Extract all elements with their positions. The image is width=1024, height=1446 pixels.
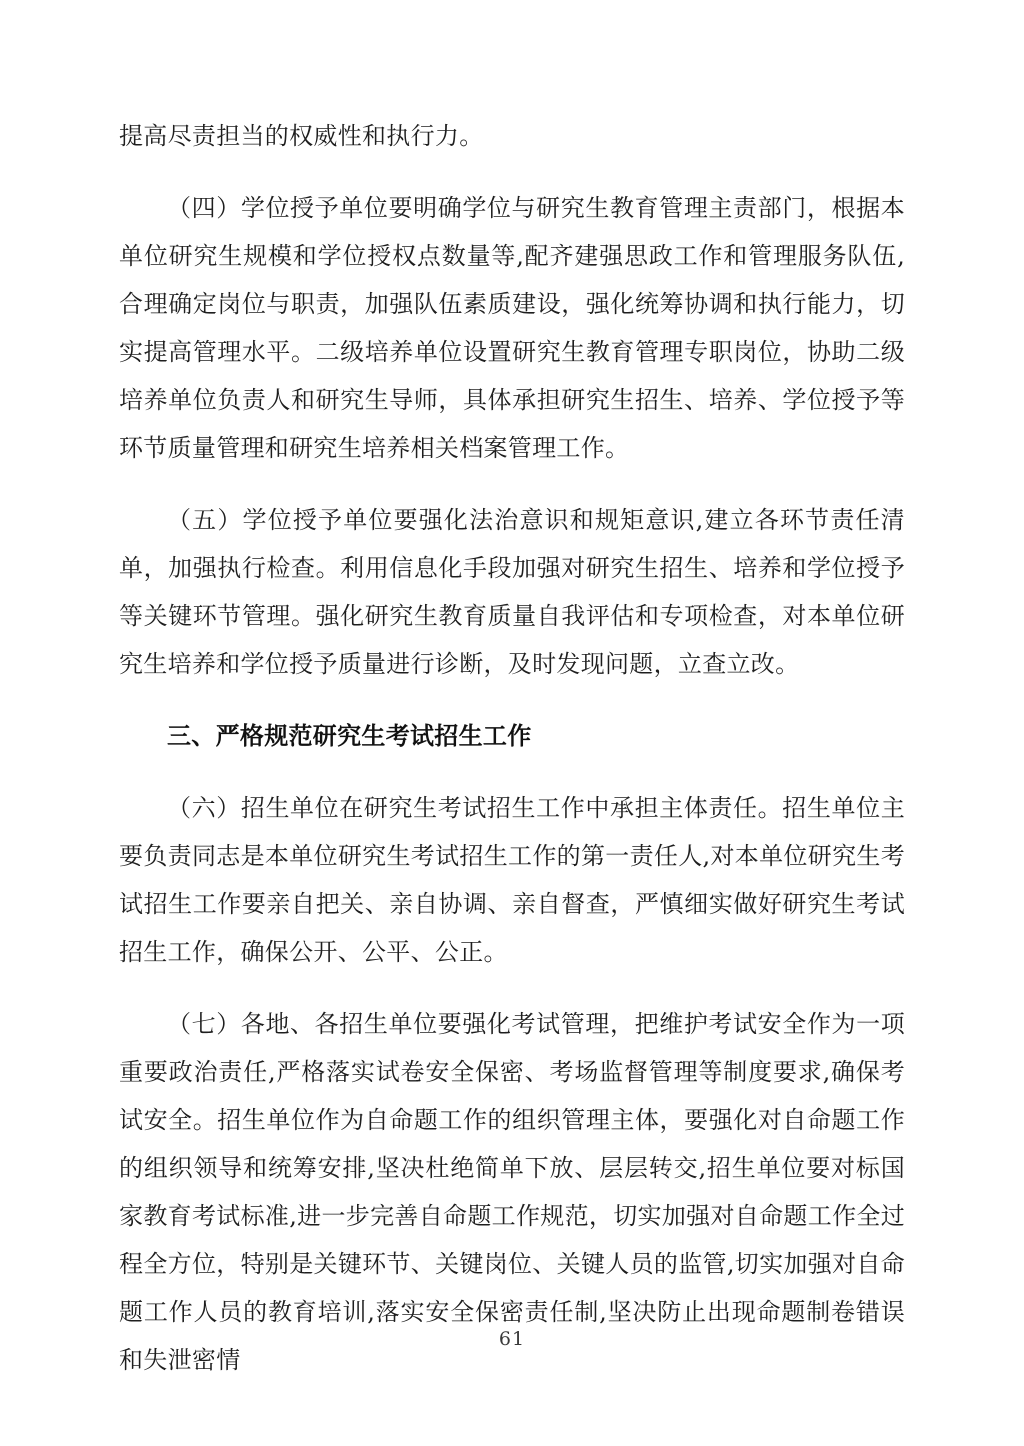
paragraph-continuation: 提高尽责担当的权威性和执行力。 bbox=[119, 112, 905, 160]
paragraph-item-six: （六）招生单位在研究生考试招生工作中承担主体责任。招生单位主要负责同志是本单位研… bbox=[119, 784, 905, 976]
document-page: 提高尽责担当的权威性和执行力。 （四）学位授予单位要明确学位与研究生教育管理主责… bbox=[0, 0, 1024, 1446]
page-content: 提高尽责担当的权威性和执行力。 （四）学位授予单位要明确学位与研究生教育管理主责… bbox=[119, 112, 905, 1408]
paragraph-item-seven: （七）各地、各招生单位要强化考试管理，把维护考试安全作为一项重要政治责任,严格落… bbox=[119, 1000, 905, 1384]
section-heading-three: 三、严格规范研究生考试招生工作 bbox=[119, 712, 905, 760]
paragraph-item-four: （四）学位授予单位要明确学位与研究生教育管理主责部门，根据本单位研究生规模和学位… bbox=[119, 184, 905, 472]
paragraph-item-five: （五）学位授予单位要强化法治意识和规矩意识,建立各环节责任清单，加强执行检查。利… bbox=[119, 496, 905, 688]
page-number: 61 bbox=[0, 1328, 1024, 1350]
